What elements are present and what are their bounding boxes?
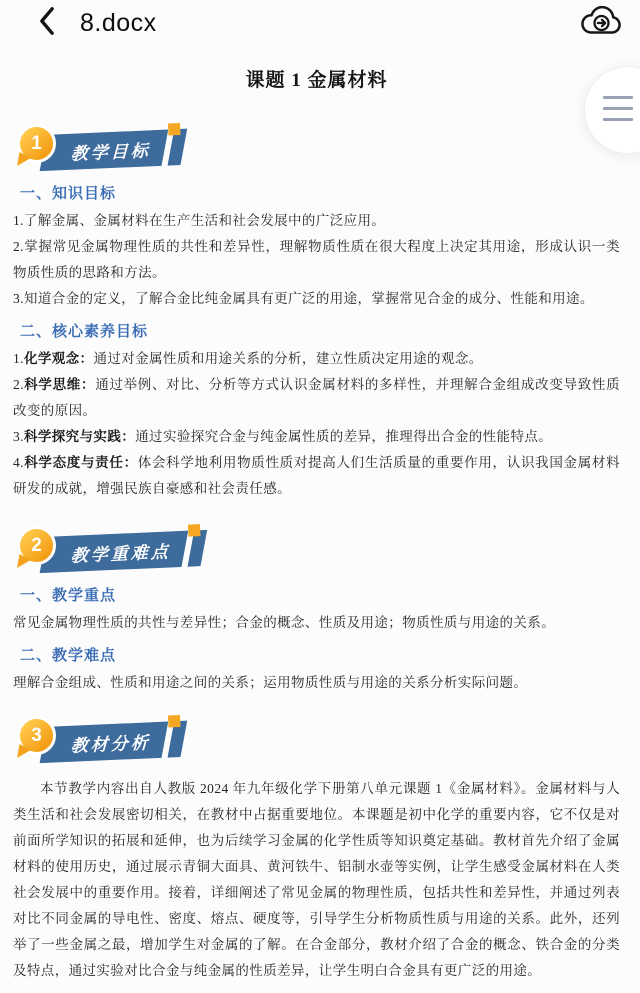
item-label: 化学观念： [24,351,94,366]
textbook-analysis-paragraph: 本节教学内容出自人教版 2024 年九年级化学下册第八单元课题 1《金属材料》。… [13,776,620,984]
paragraph: 理解合金组成、性质和用途之间的关系；运用物质性质与用途的关系分析实际问题。 [13,670,620,696]
paragraph: 2.掌握常见金属物理性质的共性和差异性，理解物质性质在很大程度上决定其用途，形成… [13,234,620,286]
paragraph: 4.科学态度与责任：体会科学地利用物质性质对提高人们生活质量的重要作用，认识我国… [13,450,620,502]
subheading-teaching-focus: 一、教学重点 [20,586,620,606]
banner-accent-square [168,123,181,136]
back-button[interactable] [37,6,56,41]
banner-accent-square [168,715,181,728]
page-title: 课题 1 金属材料 [13,68,620,94]
banner-label: 教材分析 [71,728,152,757]
section-number-badge: 3 [17,716,56,755]
section-title-banner: 教材分析 [40,721,188,763]
subheading-core-literacy-goals: 二、核心素养目标 [20,322,620,342]
paragraph: 3.科学探究与实践：通过实验探究合金与纯金属性质的差异，推理得出合金的性能特点。 [13,424,620,450]
banner-accent-square [188,524,201,537]
subheading-teaching-difficulty: 二、教学难点 [20,646,620,666]
banner-label: 教学目标 [71,136,152,165]
document-filename: 8.docx [80,9,157,38]
section-number-badge: 1 [17,124,56,163]
item-label: 科学思维： [24,377,95,392]
section-header-textbook-analysis: 3 教材分析 [13,716,620,766]
banner-label: 教学重难点 [71,537,172,566]
cloud-share-button[interactable] [577,3,627,44]
cloud-arrow-icon [577,3,627,44]
hamburger-menu-icon [603,96,633,121]
paragraph: 1.化学观念：通过对金属性质和用途关系的分析，建立性质决定用途的观念。 [13,346,620,372]
chevron-left-icon [37,6,56,41]
item-label: 科学态度与责任： [24,455,138,470]
section-title-banner: 教学目标 [40,129,188,171]
paragraph: 3.知道合金的定义，了解合金比纯金属具有更广泛的用途，掌握常见合金的成分、性能和… [13,286,620,312]
paragraph: 2.科学思维：通过举例、对比、分析等方式认识金属材料的多样性，并理解合金组成改变… [13,372,620,424]
section-title-banner: 教学重难点 [40,530,208,573]
paragraph: 常见金属物理性质的共性与差异性；合金的概念、性质及用途；物质性质与用途的关系。 [13,610,620,636]
subheading-knowledge-goals: 一、知识目标 [20,184,620,204]
top-bar: 8.docx [0,0,640,46]
section-header-teaching-objectives: 1 教学目标 [13,124,620,174]
section-number-badge: 2 [17,526,56,565]
section-header-key-difficult-points: 2 教学重难点 [13,526,620,576]
document-page: 课题 1 金属材料 1 教学目标 一、知识目标 1.了解金属、金属材料在生产生活… [0,68,640,984]
item-label: 科学探究与实践： [24,429,135,444]
paragraph: 1.了解金属、金属材料在生产生活和社会发展中的广泛应用。 [13,208,620,234]
